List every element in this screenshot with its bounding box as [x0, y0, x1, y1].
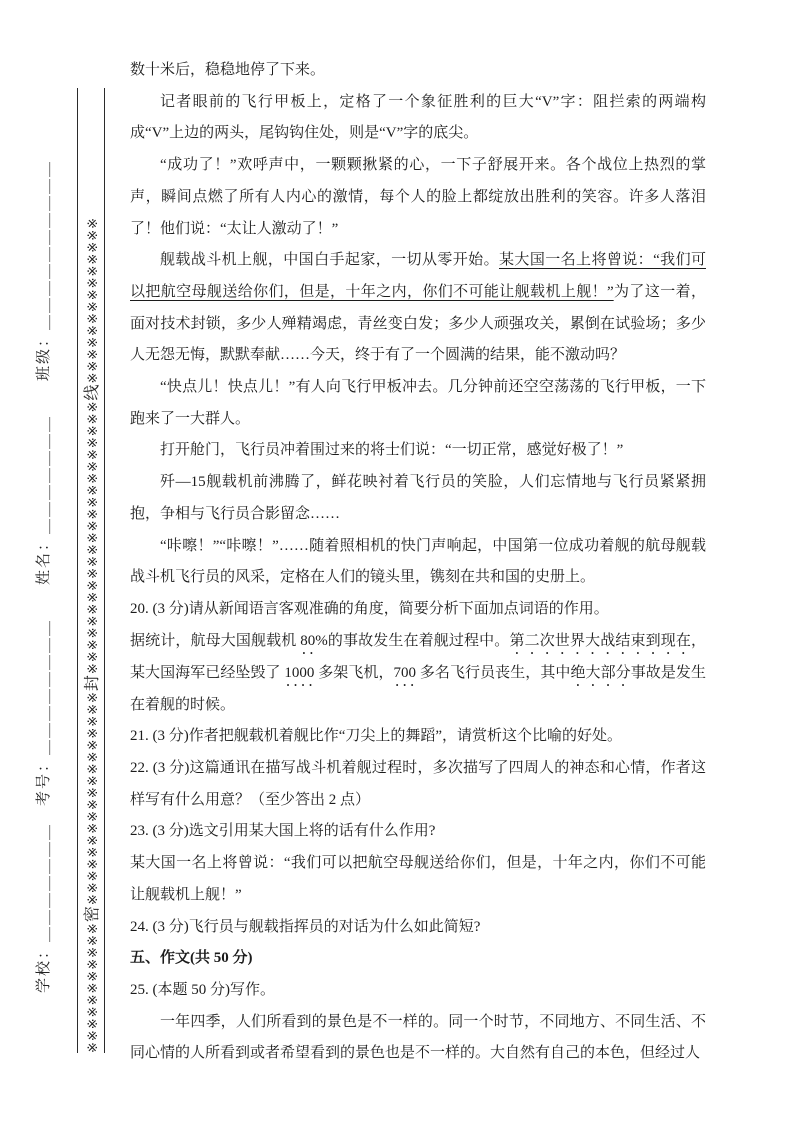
- seal-character: 封: [84, 674, 101, 691]
- text-run: 记者眼前的飞行甲板上，定格了一个象征胜利的巨大“V”字：阻拦索的两端构成“V”上…: [130, 94, 706, 142]
- question-24: 24. (3 分)飞行员与舰载指挥员的对话为什么如此简短?: [130, 912, 706, 944]
- quoted-general-remark: 某大国一名上将曾说：“我们可以把航空母舰送给你们，但是，十年之内，你们不可能让舰…: [130, 848, 706, 911]
- text-run: 多名飞行员丧生，其中: [416, 665, 570, 681]
- text-run: 据统计，航母大国舰载机: [130, 633, 300, 649]
- text-run: 多架飞机，: [314, 665, 393, 681]
- text-run: 歼—15舰载机前沸腾了，鲜花映衬着飞行员的笑脸，人们忘情地与飞行员紧紧拥抱，争相…: [130, 474, 706, 522]
- seal-marks-run: ※※※※※※※※※※※※※※※※※※: [85, 691, 100, 905]
- text-run: 五、作文(共 50 分): [130, 950, 253, 966]
- passage-paragraph-v-shape: 记者眼前的飞行甲板上，定格了一个象征胜利的巨大“V”字：阻拦索的两端构成“V”上…: [130, 87, 706, 150]
- document-body: 数十米后，稳稳地停了下来。记者眼前的飞行甲板上，定格了一个象征胜利的巨大“V”字…: [130, 55, 706, 1070]
- question-23: 23. (3 分)选文引用某大国上将的话有什么作用?: [130, 816, 706, 848]
- dotted-excerpt: 据统计，航母大国舰载机 80%的事故发生在着舰过程中。第二次世界大战结束到现在，…: [130, 626, 706, 722]
- seal-line-outer-rule: [77, 88, 78, 1053]
- text-run: 数十米后，稳稳地停了下来。: [130, 62, 325, 78]
- text-run: 21. (3 分)作者把舰载机着舰比作“刀尖上的舞蹈”，请赏析这个比喻的好处。: [130, 728, 622, 744]
- text-run: 20. (3 分)请从新闻语言客观准确的角度，简要分析下面加点词语的作用。: [130, 601, 609, 617]
- emphasis-dotted-text: 80%: [300, 633, 328, 649]
- text-run: “成功了！”欢呼声中，一颗颗揪紧的心，一下子舒展开来。各个战位上热烈的掌声，瞬间…: [130, 157, 706, 236]
- exam-page: ※※※※※※※※※※※密※※※※※※※※※※※※※※※※※※封※※※※※※※※※…: [0, 0, 800, 1131]
- text-run: 的事故发生在着舰过程中。: [328, 633, 510, 649]
- seal-character: 线: [84, 384, 101, 401]
- emphasis-dotted-text: 1000: [284, 665, 314, 681]
- question-25: 25. (本题 50 分)写作。: [130, 975, 706, 1007]
- passage-continuation: 数十米后，稳稳地停了下来。: [130, 55, 706, 87]
- passage-paragraph-success: “成功了！”欢呼声中，一颗颗揪紧的心，一下子舒展开来。各个战位上热烈的掌声，瞬间…: [130, 150, 706, 245]
- text-run: 打开舱门，飞行员冲着围过来的将士们说：“一切正常，感觉好极了！”: [160, 442, 623, 458]
- text-run: “快点儿！快点儿！”有人向飞行甲板冲去。几分钟前还空空荡荡的飞行甲板，一下跑来了…: [130, 379, 706, 427]
- seal-line-inner-rule: [104, 88, 105, 1053]
- text-run: “咔嚓！”“咔嚓！”……随着照相机的快门声响起，中国第一位成功着舰的航母舰载战斗…: [130, 538, 706, 586]
- text-run: 22. (3 分)这篇通讯在描写战斗机着舰过程时，多次描写了四周人的神态和心情，…: [130, 760, 706, 808]
- seal-marks-run: ※※※※※※※※※※※: [85, 922, 100, 1053]
- text-run: 24. (3 分)飞行员与舰载指挥员的对话为什么如此简短?: [130, 919, 480, 935]
- section-5-heading: 五、作文(共 50 分): [130, 943, 706, 975]
- passage-paragraph-j15: 歼—15舰载机前沸腾了，鲜花映衬着飞行员的笑脸，人们忘情地与飞行员紧紧拥抱，争相…: [130, 467, 706, 530]
- text-run: 某大国一名上将曾说：“我们可以把航空母舰送给你们，但是，十年之内，你们不可能让舰…: [130, 855, 706, 903]
- text-run: 舰载战斗机上舰，中国白手起家，一切从零开始。: [160, 252, 499, 268]
- question-21: 21. (3 分)作者把舰载机着舰比作“刀尖上的舞蹈”，请赏析这个比喻的好处。: [130, 721, 706, 753]
- question-20: 20. (3 分)请从新闻语言客观准确的角度，简要分析下面加点词语的作用。: [130, 594, 706, 626]
- emphasis-dotted-text: 绝大部分: [570, 665, 630, 681]
- passage-paragraph-hurry: “快点儿！快点儿！”有人向飞行甲板冲去。几分钟前还空空荡荡的飞行甲板，一下跑来了…: [130, 372, 706, 435]
- seal-marks-run: ※※※※※※※※※※※※※※: [85, 217, 100, 384]
- seal-line-marks: ※※※※※※※※※※※密※※※※※※※※※※※※※※※※※※封※※※※※※※※※…: [85, 217, 100, 1053]
- student-info-line: 学校：＿＿＿＿＿＿＿ 考号：＿＿＿＿＿＿＿＿ 姓名：＿＿＿＿＿＿＿ 班级：＿＿＿…: [34, 160, 54, 993]
- passage-paragraph-from-zero: 舰载战斗机上舰，中国白手起家，一切从零开始。某大国一名上将曾说：“我们可以把航空…: [130, 245, 706, 372]
- seal-character: 密: [84, 905, 101, 922]
- text-run: 23. (3 分)选文引用某大国上将的话有什么作用?: [130, 823, 435, 839]
- composition-prompt: 一年四季，人们所看到的景色是不一样的。同一个时节，不同地方、不同生活、不同心情的…: [130, 1007, 706, 1070]
- emphasis-dotted-text: 第二次世界大战结束到现在: [509, 633, 691, 649]
- passage-paragraph-camera: “咔嚓！”“咔嚓！”……随着照相机的快门声响起，中国第一位成功着舰的航母舰载战斗…: [130, 531, 706, 594]
- question-22: 22. (3 分)这篇通讯在描写战斗机着舰过程时，多次描写了四周人的神态和心情，…: [130, 753, 706, 816]
- text-run: 一年四季，人们所看到的景色是不一样的。同一个时节，不同地方、不同生活、不同心情的…: [130, 1014, 706, 1062]
- emphasis-dotted-text: 700: [394, 665, 417, 681]
- text-run: 25. (本题 50 分)写作。: [130, 982, 275, 998]
- seal-marks-run: ※※※※※※※※※※※※※※※※※※※※※※※: [85, 401, 100, 675]
- passage-paragraph-pilot: 打开舱门，飞行员冲着围过来的将士们说：“一切正常，感觉好极了！”: [130, 435, 706, 467]
